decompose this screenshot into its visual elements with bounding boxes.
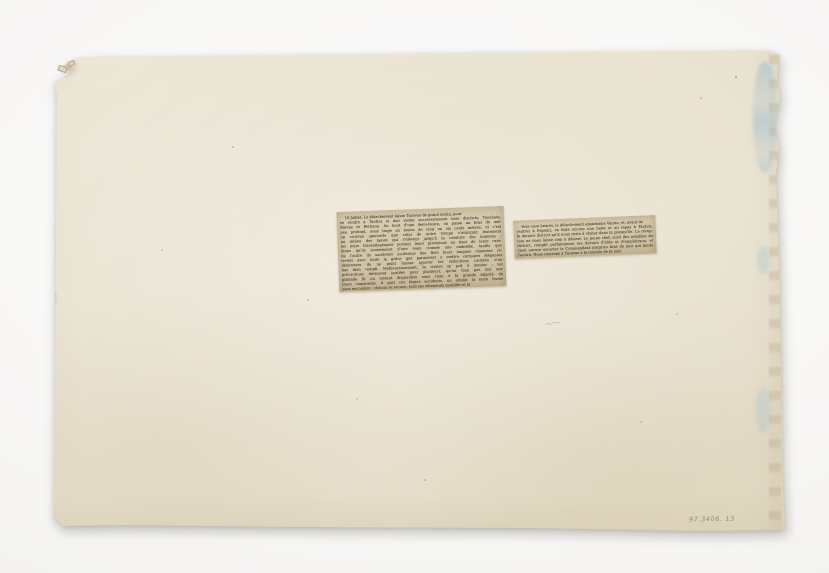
blue-paint-residue <box>757 246 769 274</box>
dust-speck <box>232 146 234 148</box>
left-edge-nick <box>53 292 56 304</box>
pencil-squiggle <box>545 319 561 328</box>
dust-speck <box>565 472 566 473</box>
album-sheet: 16 Juillet. Le détachement laisse Tarava… <box>0 0 829 573</box>
newspaper-clipping-right: Vers onze heures, le détachement abandon… <box>513 215 656 259</box>
dust-speck <box>640 421 642 423</box>
dust-speck <box>735 76 737 78</box>
newspaper-clipping-left: 16 Juillet. Le détachement laisse Tarava… <box>337 206 507 292</box>
dust-speck <box>356 398 358 400</box>
clipping-text: 16 Juillet. Le détachement laisse Tarava… <box>340 210 504 292</box>
clipping-text: Vers onze heures, le détachement abandon… <box>516 219 653 258</box>
photo-scene: 16 Juillet. Le détachement laisse Tarava… <box>0 0 829 573</box>
dust-speck <box>700 97 702 99</box>
paper-sheet-wrap: 16 Juillet. Le détachement laisse Tarava… <box>0 0 829 573</box>
dust-speck <box>424 479 426 481</box>
blue-paint-residue <box>756 388 770 434</box>
dust-speck <box>676 313 678 315</box>
dust-speck <box>161 249 163 251</box>
inventory-number: 97.3406. 13 <box>689 514 741 523</box>
dust-speck <box>307 299 309 301</box>
blue-paint-residue <box>753 62 777 172</box>
